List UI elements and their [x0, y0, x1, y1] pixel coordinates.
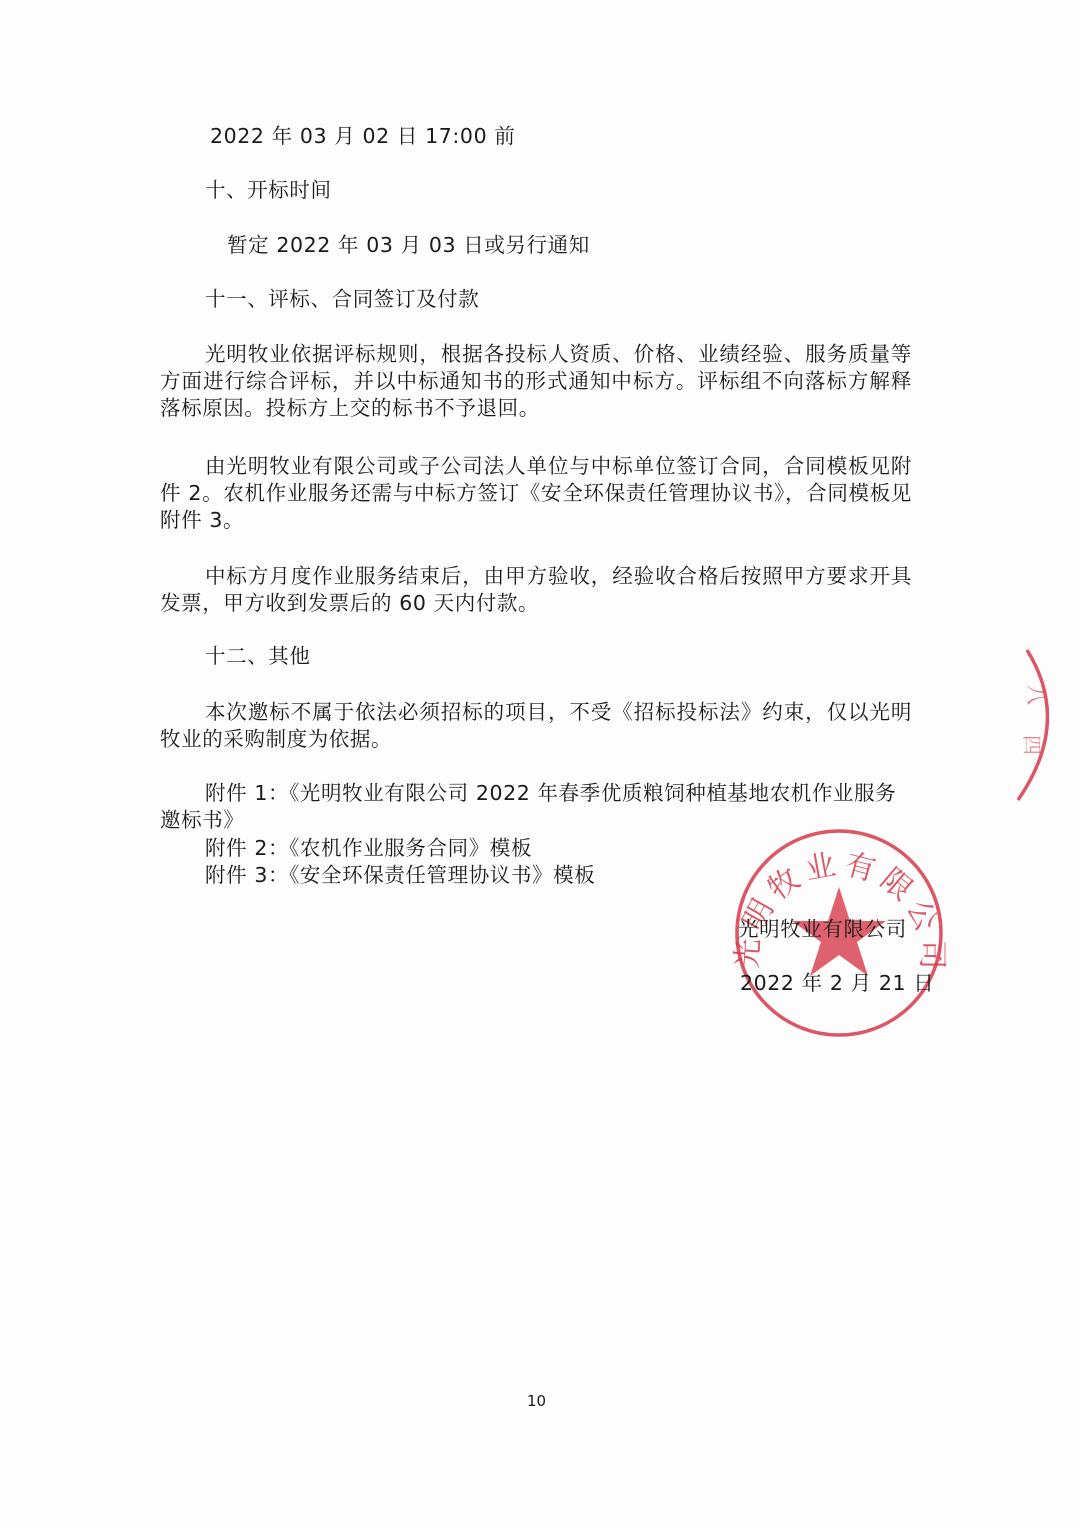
attachment-title: 《农机作业服务合同》模板	[289, 836, 532, 860]
attachment-3: 附件 3：《安全环保责任管理协议书》模板	[205, 862, 595, 889]
page-number: 10	[527, 1391, 546, 1411]
signature-company: 光明牧业有限公司	[738, 916, 907, 943]
paragraph-text: 由光明牧业有限公司或子公司法人单位与中标单位签订合同，合同模板见附件 2。农机作…	[160, 453, 912, 534]
seal-text: 光明牧业有限公司	[730, 847, 949, 976]
attachment-2: 附件 2：《农机作业服务合同》模板	[205, 835, 532, 862]
signature-date: 2022 年 2 月 21 日	[740, 970, 934, 997]
attachment-label: 附件 3：	[205, 863, 289, 887]
paragraph-text: 中标方月度作业服务结束后，由甲方验收，经验收合格后按照甲方要求开具发票，甲方收到…	[160, 563, 912, 617]
attachment-label: 附件 1：	[205, 781, 289, 805]
attachment-title: 《光明牧业有限公司 2022 年春季优质粮饲种植基地农机作业服务	[289, 781, 896, 805]
attachment-1: 附件 1：《光明牧业有限公司 2022 年春季优质粮饲种植基地农机作业服务	[205, 780, 896, 807]
section-11-paragraph-3: 中标方月度作业服务结束后，由甲方验收，经验收合格后按照甲方要求开具发票，甲方收到…	[160, 563, 912, 617]
paragraph-text: 光明牧业依据评标规则，根据各投标人资质、价格、业绩经验、服务质量等方面进行综合评…	[160, 341, 912, 422]
bid-opening-time: 暂定 2022 年 03 月 03 日或另行通知	[227, 232, 590, 259]
paragraph-text: 本次邀标不属于依法必须招标的项目，不受《招标投标法》约束，仅以光明牧业的采购制度…	[160, 699, 912, 753]
document-page: 2022 年 03 月 02 日 17:00 前 十、开标时间 暂定 2022 …	[0, 0, 1080, 1528]
section-11-paragraph-2: 由光明牧业有限公司或子公司法人单位与中标单位签订合同，合同模板见附件 2。农机作…	[160, 453, 912, 534]
attachment-1-continued: 邀标书》	[160, 807, 244, 834]
section-11-heading: 十一、评标、合同签订及付款	[205, 286, 479, 313]
submission-deadline: 2022 年 03 月 02 日 17:00 前	[210, 123, 515, 150]
svg-text:光明牧业有限公司: 光明牧业有限公司	[730, 847, 949, 976]
section-10-heading: 十、开标时间	[205, 177, 332, 204]
seam-seal-icon: 八 四	[1000, 630, 1080, 815]
attachment-label: 附件 2：	[205, 836, 289, 860]
section-11-paragraph-1: 光明牧业依据评标规则，根据各投标人资质、价格、业绩经验、服务质量等方面进行综合评…	[160, 341, 912, 422]
section-12-paragraph: 本次邀标不属于依法必须招标的项目，不受《招标投标法》约束，仅以光明牧业的采购制度…	[160, 699, 912, 753]
svg-text:四: 四	[1020, 735, 1044, 755]
svg-text:八: 八	[1024, 685, 1048, 705]
attachment-title: 《安全环保责任管理协议书》模板	[289, 863, 595, 887]
section-12-heading: 十二、其他	[205, 643, 311, 670]
